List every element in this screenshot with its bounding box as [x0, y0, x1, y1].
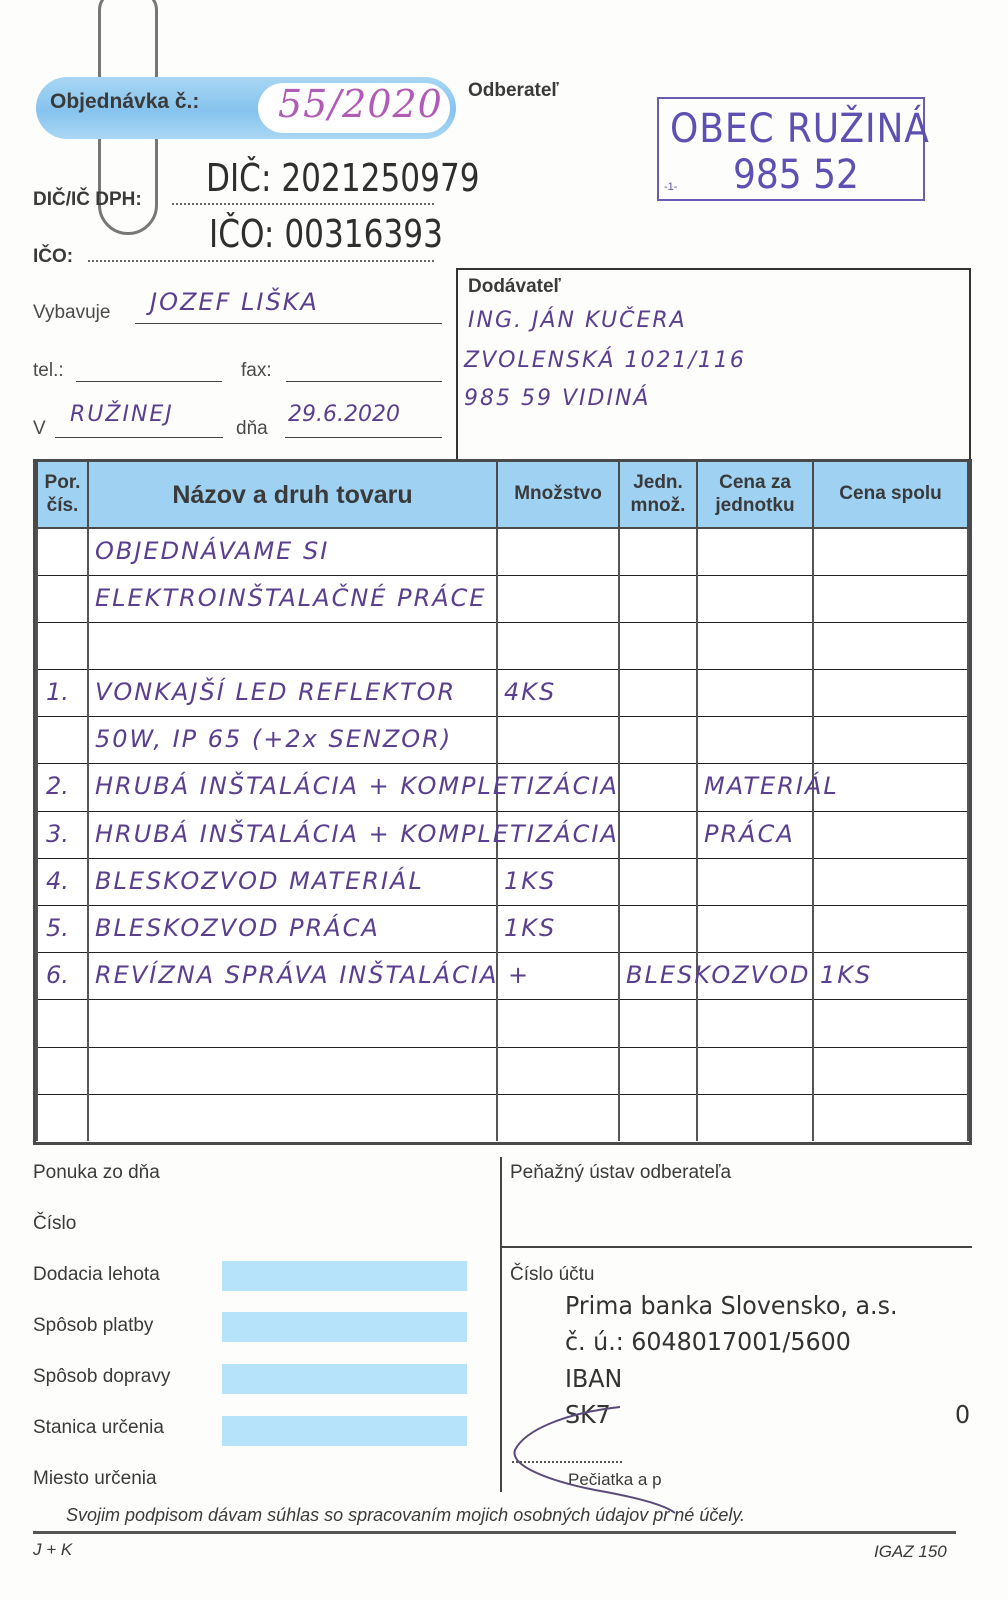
order-number-value: 55/2020 [278, 82, 443, 126]
item-unit-price-cell[interactable] [697, 906, 813, 953]
item-total-cell[interactable] [813, 811, 968, 858]
table-row: 2.HRUBÁ INŠTALÁCIA + KOMPLETIZÁCIAMATERI… [37, 764, 968, 811]
item-quantity-cell[interactable] [497, 1094, 619, 1141]
item-name: VONKAJŠÍ LED REFLEKTOR [95, 678, 456, 706]
item-quantity-cell[interactable] [497, 811, 619, 858]
item-total-cell[interactable] [813, 764, 968, 811]
fax-label: fax: [241, 360, 272, 382]
item-name-cell[interactable]: OBJEDNÁVAME SI [88, 528, 497, 575]
item-total-cell[interactable]: 1KS [813, 953, 968, 1000]
row-number-cell[interactable]: 1. [37, 670, 88, 717]
row-number: 4. [46, 867, 69, 895]
ico-value: IČO: 00316393 [209, 212, 443, 256]
item-quantity-cell[interactable] [497, 622, 619, 669]
item-quantity-cell[interactable] [497, 953, 619, 1000]
item-unit-price-cell[interactable] [697, 528, 813, 575]
item-name-cell[interactable]: VONKAJŠÍ LED REFLEKTOR [88, 670, 497, 717]
row-number-cell[interactable]: 4. [37, 858, 88, 905]
signature-scribble [505, 1395, 745, 1515]
row-number-cell[interactable]: 2. [37, 764, 88, 811]
supplier-line-2: ZVOLENSKÁ 1021/116 [464, 348, 746, 373]
item-total-cell[interactable] [813, 575, 968, 622]
row-number-cell[interactable] [37, 1094, 88, 1141]
row-number: 2. [46, 772, 69, 800]
item-unit-price: PRÁCA [704, 820, 795, 848]
item-total-cell[interactable] [813, 670, 968, 717]
item-quantity-cell[interactable] [497, 764, 619, 811]
item-quantity-cell[interactable] [497, 575, 619, 622]
item-unit-price-cell[interactable] [697, 953, 813, 1000]
item-unit-price-cell[interactable] [697, 717, 813, 764]
offer-date-label: Ponuka zo dňa [33, 1162, 160, 1184]
item-unit-price-cell[interactable] [697, 670, 813, 717]
item-total-cell[interactable] [813, 1047, 968, 1094]
item-name-cell[interactable] [88, 1000, 497, 1047]
item-unit-price-cell[interactable] [697, 1000, 813, 1047]
item-unit-cell[interactable] [619, 1094, 697, 1141]
item-unit-cell[interactable] [619, 1000, 697, 1047]
date-line [285, 437, 442, 438]
iban-tail: 0 [955, 1400, 970, 1429]
item-quantity-cell[interactable] [497, 1000, 619, 1047]
supplier-line-3: 985 59 VIDINÁ [464, 386, 650, 411]
col-unit: Jedn. množ. [619, 462, 697, 528]
item-unit-price-cell[interactable] [697, 622, 813, 669]
customer-label: Odberateľ [468, 80, 559, 102]
stamp-postcode: 985 52 [733, 152, 859, 198]
bank-name: Prima banka Slovensko, a.s. [565, 1291, 898, 1320]
transport-method-label: Spôsob dopravy [33, 1366, 170, 1388]
delivery-term-field[interactable] [222, 1261, 467, 1291]
item-name: BLESKOZVOD PRÁCA [95, 914, 380, 942]
row-number: 3. [46, 820, 69, 848]
row-number: 6. [46, 961, 69, 989]
consent-note: Svojim podpisom dávam súhlas so spracova… [66, 1505, 745, 1526]
row-number-cell[interactable] [37, 1047, 88, 1094]
payment-method-label: Spôsob platby [33, 1315, 153, 1337]
col-total: Cena spolu [813, 462, 968, 528]
dic-label: DIČ/IČ DPH: [33, 189, 142, 211]
bank-institution-label: Peňažný ústav odberateľa [510, 1162, 731, 1184]
item-name: ELEKTROINŠTALAČNÉ PRÁCE [95, 584, 487, 612]
payment-method-field[interactable] [222, 1312, 467, 1342]
destination-station-label: Stanica určenia [33, 1417, 164, 1439]
row-number-cell[interactable] [37, 1000, 88, 1047]
table-row: 4.BLESKOZVOD MATERIÁL1KS [37, 858, 968, 905]
item-unit-cell[interactable] [619, 670, 697, 717]
col-unit-price: Cena za jednotku [697, 462, 813, 528]
item-quantity-cell[interactable]: 1KS [497, 906, 619, 953]
item-name-cell[interactable]: BLESKOZVOD MATERIÁL [88, 858, 497, 905]
item-name-cell[interactable] [88, 622, 497, 669]
row-number-cell[interactable]: 5. [37, 906, 88, 953]
tel-field[interactable] [76, 381, 222, 382]
supplier-line-1: ING. JÁN KUČERA [468, 308, 687, 333]
item-name-cell[interactable]: REVÍZNA SPRÁVA INŠTALÁCIA + [88, 953, 497, 1000]
item-quantity-cell[interactable] [497, 717, 619, 764]
item-quantity: 1KS [504, 867, 556, 895]
item-quantity-cell[interactable] [497, 528, 619, 575]
item-name: REVÍZNA SPRÁVA INŠTALÁCIA + [95, 961, 530, 989]
destination-place-label: Miesto určenia [33, 1468, 157, 1490]
transport-method-field[interactable] [222, 1364, 467, 1394]
table-row: 50W, IP 65 (+2x SENZOR) [37, 717, 968, 764]
supplier-label: Dodávateľ [468, 276, 561, 298]
iban-label: IBAN [565, 1364, 622, 1393]
item-unit-cell[interactable] [619, 1047, 697, 1094]
table-row: 3.HRUBÁ INŠTALÁCIA + KOMPLETIZÁCIAPRÁCA [37, 811, 968, 858]
item-unit-price-cell[interactable]: MATERIÁL [697, 764, 813, 811]
row-number-cell[interactable]: 3. [37, 811, 88, 858]
handled-by-label: Vybavuje [33, 302, 110, 324]
number-label: Číslo [33, 1213, 76, 1235]
table-row [37, 1094, 968, 1141]
table-row: 1.VONKAJŠÍ LED REFLEKTOR4KS [37, 670, 968, 717]
item-unit-price-cell[interactable] [697, 1047, 813, 1094]
row-number-cell[interactable]: 6. [37, 953, 88, 1000]
item-name: 50W, IP 65 (+2x SENZOR) [95, 725, 452, 753]
row-number-cell[interactable] [37, 717, 88, 764]
col-quantity: Množstvo [497, 462, 619, 528]
order-number-label: Objednávka č.: [50, 90, 199, 114]
item-unit-cell[interactable]: BLESKOZVOD [619, 953, 697, 1000]
table-row [37, 622, 968, 669]
tel-label: tel.: [33, 360, 64, 382]
item-name-cell[interactable]: HRUBÁ INŠTALÁCIA + KOMPLETIZÁCIA [88, 811, 497, 858]
footer-divider [33, 1531, 956, 1534]
table-row: 6.REVÍZNA SPRÁVA INŠTALÁCIA +BLESKOZVOD1… [37, 953, 968, 1000]
item-unit-cell[interactable] [619, 575, 697, 622]
item-total-cell[interactable] [813, 528, 968, 575]
row-number: 5. [46, 914, 69, 942]
item-unit-price-cell[interactable] [697, 575, 813, 622]
place-label: V [33, 418, 46, 440]
item-name: BLESKOZVOD MATERIÁL [95, 867, 424, 895]
section-divider [500, 1157, 502, 1492]
bank-divider [500, 1246, 972, 1248]
date-label: dňa [236, 418, 268, 440]
table-row [37, 1000, 968, 1047]
item-unit-cell[interactable] [619, 811, 697, 858]
place-value[interactable]: RUŽINEJ [70, 402, 174, 427]
item-unit-cell[interactable] [619, 528, 697, 575]
item-quantity-cell[interactable]: 4KS [497, 670, 619, 717]
destination-station-field[interactable] [222, 1416, 467, 1446]
item-name: OBJEDNÁVAME SI [95, 537, 329, 565]
row-number-cell[interactable] [37, 575, 88, 622]
item-unit-cell[interactable] [619, 906, 697, 953]
item-total: 1KS [820, 961, 872, 989]
item-unit-price-cell[interactable]: PRÁCA [697, 811, 813, 858]
item-unit-price-cell[interactable] [697, 1094, 813, 1141]
item-name-cell[interactable] [88, 1047, 497, 1094]
item-unit-cell[interactable] [619, 622, 697, 669]
item-quantity-cell[interactable] [497, 1047, 619, 1094]
table-header-row: Por. čís. Názov a druh tovaru Množstvo J… [37, 462, 968, 528]
handled-by-line [135, 323, 442, 324]
table-row: OBJEDNÁVAME SI [37, 528, 968, 575]
item-unit-price-cell[interactable] [697, 858, 813, 905]
item-total-cell[interactable] [813, 1000, 968, 1047]
item-name-cell[interactable]: BLESKOZVOD PRÁCA [88, 906, 497, 953]
table-row: ELEKTROINŠTALAČNÉ PRÁCE [37, 575, 968, 622]
item-name-cell[interactable] [88, 1094, 497, 1141]
item-total-cell[interactable] [813, 717, 968, 764]
items-table: Por. čís. Názov a druh tovaru Množstvo J… [33, 459, 972, 1145]
delivery-term-label: Dodacia lehota [33, 1264, 160, 1286]
account-number-label: Číslo účtu [510, 1264, 594, 1286]
row-number-cell[interactable] [37, 528, 88, 575]
item-quantity-cell[interactable]: 1KS [497, 858, 619, 905]
footer-form-code: IGAZ 150 [874, 1542, 947, 1562]
place-line [55, 437, 223, 438]
date-value[interactable]: 29.6.2020 [288, 402, 400, 427]
item-name-cell[interactable]: ELEKTROINŠTALAČNÉ PRÁCE [88, 575, 497, 622]
item-quantity: 4KS [504, 678, 556, 706]
item-name-cell[interactable]: HRUBÁ INŠTALÁCIA + KOMPLETIZÁCIA [88, 764, 497, 811]
item-total-cell[interactable] [813, 1094, 968, 1141]
stamp-name: OBEC RUŽINÁ [670, 106, 930, 152]
dic-value: DIČ: 2021250979 [206, 156, 480, 200]
item-unit-cell[interactable] [619, 717, 697, 764]
fax-field[interactable] [286, 381, 442, 382]
row-number: 1. [46, 678, 69, 706]
dic-line [172, 203, 434, 205]
table-row [37, 1047, 968, 1094]
item-total-cell[interactable] [813, 906, 968, 953]
item-total-cell[interactable] [813, 858, 968, 905]
item-unit-cell[interactable] [619, 858, 697, 905]
item-quantity: 1KS [504, 914, 556, 942]
col-number: Por. čís. [37, 462, 88, 528]
item-name-cell[interactable]: 50W, IP 65 (+2x SENZOR) [88, 717, 497, 764]
col-name: Názov a druh tovaru [88, 462, 497, 528]
item-total-cell[interactable] [813, 622, 968, 669]
footer-publisher: J + K [33, 1540, 72, 1560]
item-unit-cell[interactable] [619, 764, 697, 811]
account-number: č. ú.: 6048017001/5600 [565, 1327, 851, 1356]
table-row: 5.BLESKOZVOD PRÁCA1KS [37, 906, 968, 953]
stamp-mark: -1- [664, 181, 677, 193]
ico-label: IČO: [33, 246, 73, 268]
row-number-cell[interactable] [37, 622, 88, 669]
ico-line [88, 260, 434, 262]
handled-by-value[interactable]: JOZEF LIŠKA [150, 288, 319, 316]
